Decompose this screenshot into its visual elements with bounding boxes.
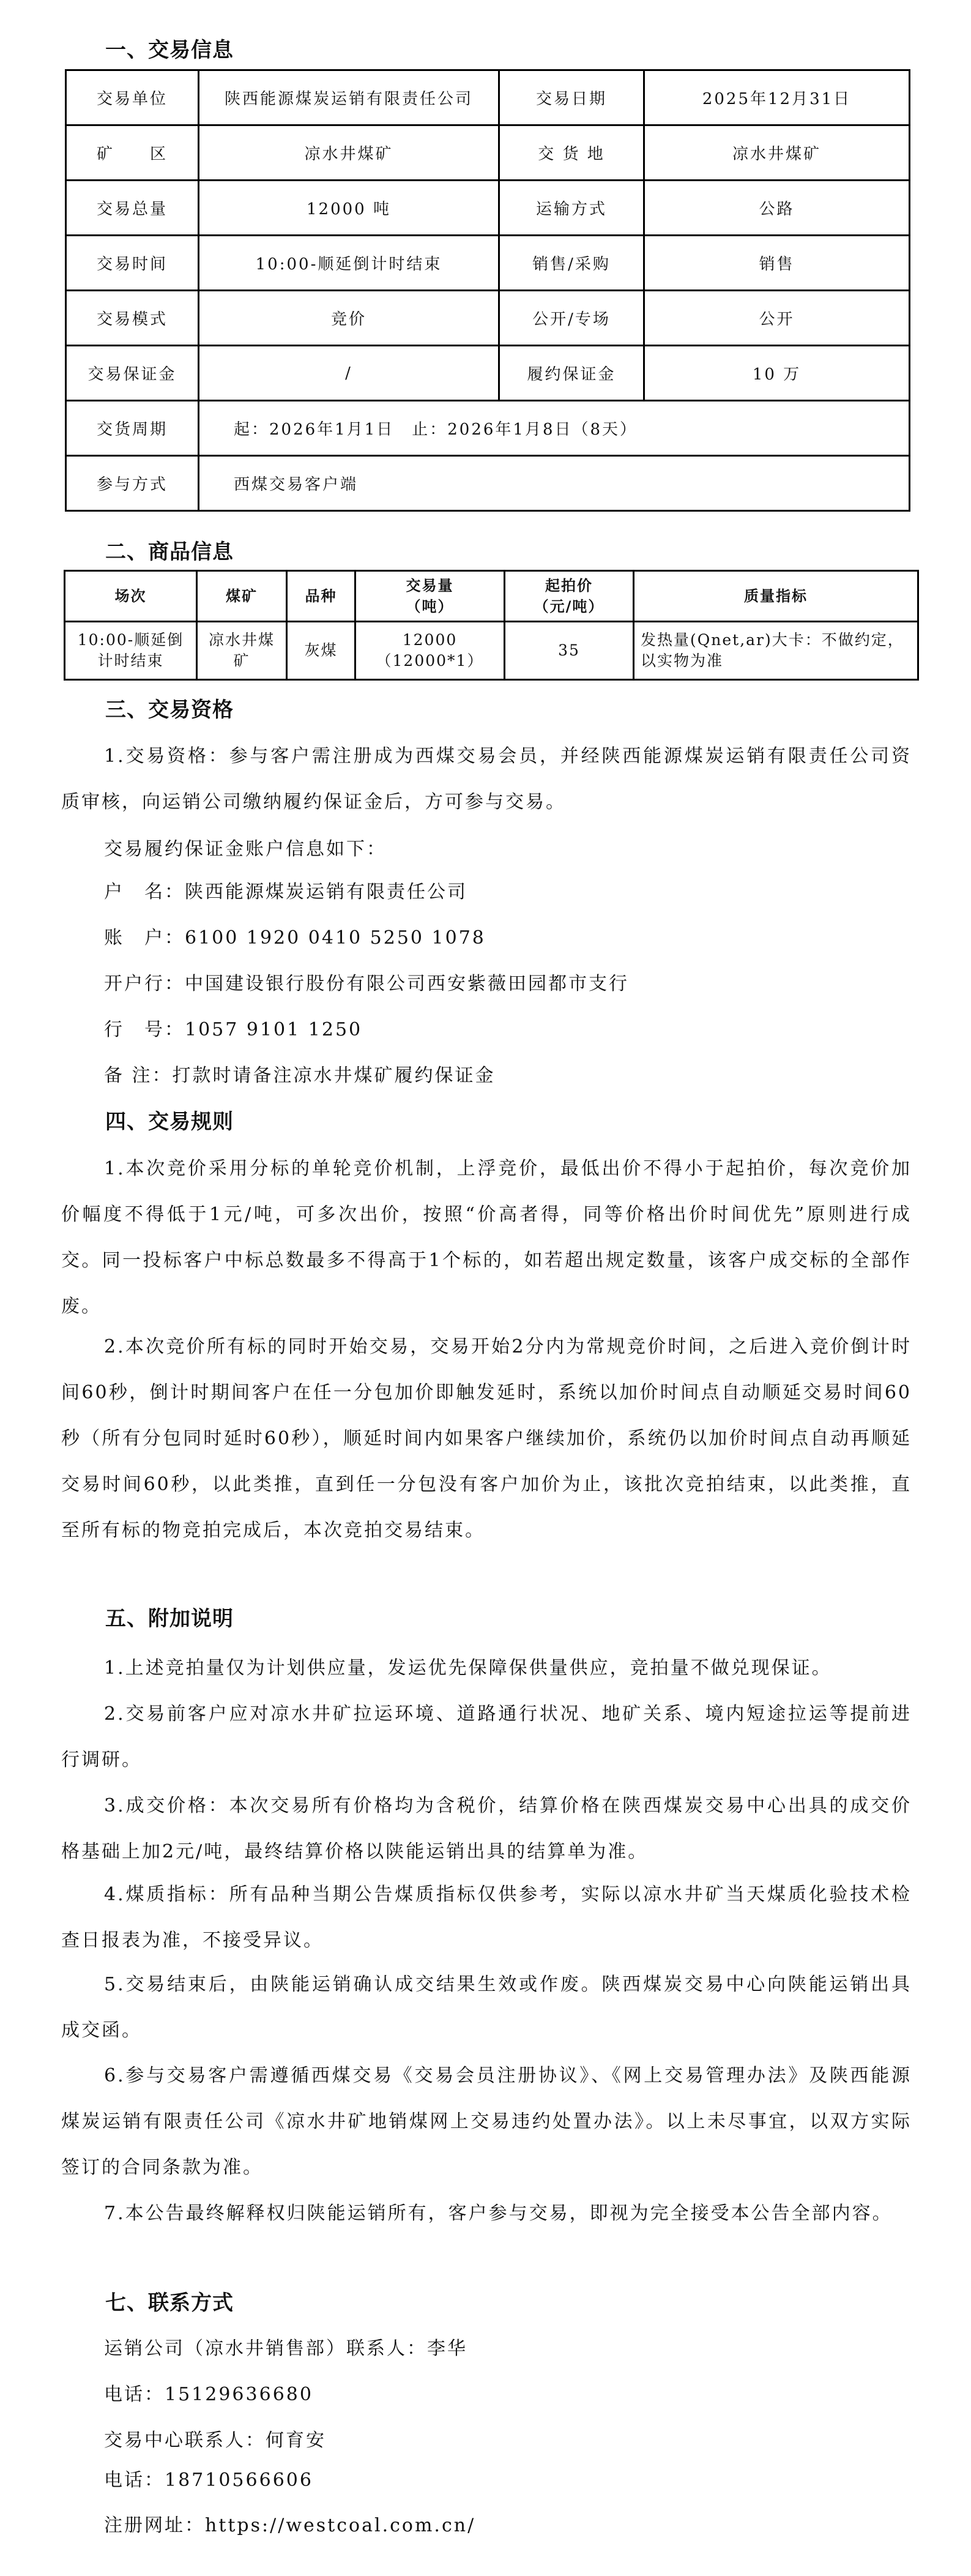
header-volume: 交易量 （吨） [355, 571, 505, 622]
section-title-product-info: 二、商品信息 [105, 540, 234, 564]
table-row: 矿 区 凉水井煤矿 交 货 地 凉水井煤矿 [66, 125, 910, 181]
table-row: 参与方式 西煤交易客户端 [66, 456, 910, 511]
label-cell: 参与方式 [66, 456, 199, 511]
contact-sales: 运销公司（凉水井销售部）联系人：李华 [104, 2337, 467, 2361]
label-cell: 交易保证金 [66, 346, 199, 401]
section-title-qualification: 三、交易资格 [105, 698, 234, 722]
label-cell: 交易单位 [66, 70, 199, 125]
label-cell: 交 货 地 [499, 125, 644, 181]
session-cell: 10:00-顺延倒计时结束 [65, 622, 197, 680]
label-cell: 交货周期 [66, 401, 199, 456]
delivery-period-value: 起：2026年1月1日 止：2026年1月8日（8天） [199, 401, 910, 456]
label-cell: 矿 区 [66, 125, 199, 181]
section-title-notes: 五、附加说明 [105, 1607, 234, 1631]
remittance-remark: 备 注：打款时请备注凉水井煤矿履约保证金 [104, 1064, 496, 1088]
label-cell: 销售/采购 [499, 236, 644, 291]
value-cell: 公路 [644, 181, 910, 236]
qualification-paragraph: 1.交易资格：参与客户需注册成为西煤交易会员，并经陕西能源煤炭运销有限责任公司资… [61, 733, 912, 825]
header-mine: 煤矿 [197, 571, 287, 622]
label-cell: 交易总量 [66, 181, 199, 236]
value-cell: 凉水井煤矿 [644, 125, 910, 181]
table-row: 交易时间 10:00-顺延倒计时结束 销售/采购 销售 [66, 236, 910, 291]
value-cell: 销售 [644, 236, 910, 291]
label-cell: 交易时间 [66, 236, 199, 291]
header-session: 场次 [65, 571, 197, 622]
notes-paragraph-3: 3.成交价格：本次交易所有价格均为含税价，结算价格在陕西煤炭交易中心出具的成交价… [61, 1783, 912, 1875]
start-price-cell: 35 [505, 622, 634, 680]
participation-method-value: 西煤交易客户端 [199, 456, 910, 511]
table-row: 交易模式 竞价 公开/专场 公开 [66, 291, 910, 346]
quality-cell: 发热量(Qnet,ar)大卡：不做约定，以实物为准 [634, 622, 918, 680]
bank-number: 行 号：1057 9101 1250 [104, 1018, 362, 1042]
contact-trading-center: 交易中心联系人：何育安 [104, 2429, 326, 2453]
variety-cell: 灰煤 [287, 622, 355, 680]
header-variety: 品种 [287, 571, 355, 622]
notes-paragraph-4: 4.煤质指标：所有品种当期公告煤质指标仅供参考，实际以凉水井矿当天煤质化验技术检… [61, 1872, 912, 1963]
value-cell: 竞价 [199, 291, 499, 346]
account-name: 户 名：陕西能源煤炭运销有限责任公司 [104, 880, 467, 905]
label-cell: 运输方式 [499, 181, 644, 236]
trade-info-table: 交易单位 陕西能源煤炭运销有限责任公司 交易日期 2025年12月31日 矿 区… [65, 69, 910, 512]
account-number: 账 户：6100 1920 0410 5250 1078 [104, 926, 486, 950]
table-row: 交易总量 12000 吨 运输方式 公路 [66, 181, 910, 236]
header-quality: 质量指标 [634, 571, 918, 622]
value-cell: / [199, 346, 499, 401]
notes-paragraph-7: 7.本公告最终解释权归陕能运销所有，客户参与交易，即视为完全接受本公告全部内容。 [61, 2190, 912, 2236]
volume-detail: （12000*1） [356, 651, 504, 671]
label-cell: 履约保证金 [499, 346, 644, 401]
table-row: 10:00-顺延倒计时结束 凉水井煤矿 灰煤 12000 （12000*1） 3… [65, 622, 918, 680]
table-header-row: 场次 煤矿 品种 交易量 （吨） 起拍价 （元/吨） 质量指标 [65, 571, 918, 622]
notes-paragraph-1: 1.上述竞拍量仅为计划供应量，发运优先保障保供量供应，竞拍量不做兑现保证。 [61, 1645, 912, 1691]
value-cell: 凉水井煤矿 [199, 125, 499, 181]
value-cell: 10 万 [644, 346, 910, 401]
value-cell: 10:00-顺延倒计时结束 [199, 236, 499, 291]
contact-trading-center-phone: 电话：18710566606 [104, 2468, 313, 2493]
table-row: 交易保证金 / 履约保证金 10 万 [66, 346, 910, 401]
contact-sales-phone: 电话：15129636680 [104, 2383, 313, 2407]
notes-paragraph-2: 2.交易前客户应对凉水井矿拉运环境、道路通行状况、地矿关系、境内短途拉运等提前进… [61, 1691, 912, 1783]
registration-website-link[interactable]: 注册网址：https://westcoal.com.cn/ [104, 2514, 475, 2538]
section-title-contact: 七、联系方式 [105, 2291, 234, 2315]
label-cell: 交易日期 [499, 70, 644, 125]
notes-paragraph-6: 6.参与交易客户需遵循西煤交易《交易会员注册协议》、《网上交易管理办法》及陕西能… [61, 2053, 912, 2190]
table-row: 交货周期 起：2026年1月1日 止：2026年1月8日（8天） [66, 401, 910, 456]
account-intro: 交易履约保证金账户信息如下： [104, 837, 387, 862]
section-title-rules: 四、交易规则 [105, 1110, 234, 1134]
rules-paragraph-1: 1.本次竞价采用分标的单轮竞价机制，上浮竞价，最低出价不得小于起拍价，每次竞价加… [61, 1146, 912, 1329]
notes-paragraph-5: 5.交易结束后，由陕能运销确认成交结果生效或作废。陕西煤炭交易中心向陕能运销出具… [61, 1962, 912, 2053]
product-info-table: 场次 煤矿 品种 交易量 （吨） 起拍价 （元/吨） 质量指标 10:00-顺延… [64, 570, 919, 681]
value-cell: 2025年12月31日 [644, 70, 910, 125]
rules-paragraph-2: 2.本次竞价所有标的同时开始交易，交易开始2分内为常规竞价时间，之后进入竞价倒计… [61, 1324, 912, 1553]
volume-cell: 12000 （12000*1） [355, 622, 505, 680]
table-row: 交易单位 陕西能源煤炭运销有限责任公司 交易日期 2025年12月31日 [66, 70, 910, 125]
value-cell: 12000 吨 [199, 181, 499, 236]
bank-name: 开户行：中国建设银行股份有限公司西安紫薇田园都市支行 [104, 972, 629, 996]
volume-value: 12000 [356, 630, 504, 651]
header-start-price: 起拍价 （元/吨） [505, 571, 634, 622]
value-cell: 陕西能源煤炭运销有限责任公司 [199, 70, 499, 125]
value-cell: 公开 [644, 291, 910, 346]
label-cell: 交易模式 [66, 291, 199, 346]
mine-cell: 凉水井煤矿 [197, 622, 287, 680]
label-cell: 公开/专场 [499, 291, 644, 346]
section-title-trade-info: 一、交易信息 [105, 38, 234, 62]
